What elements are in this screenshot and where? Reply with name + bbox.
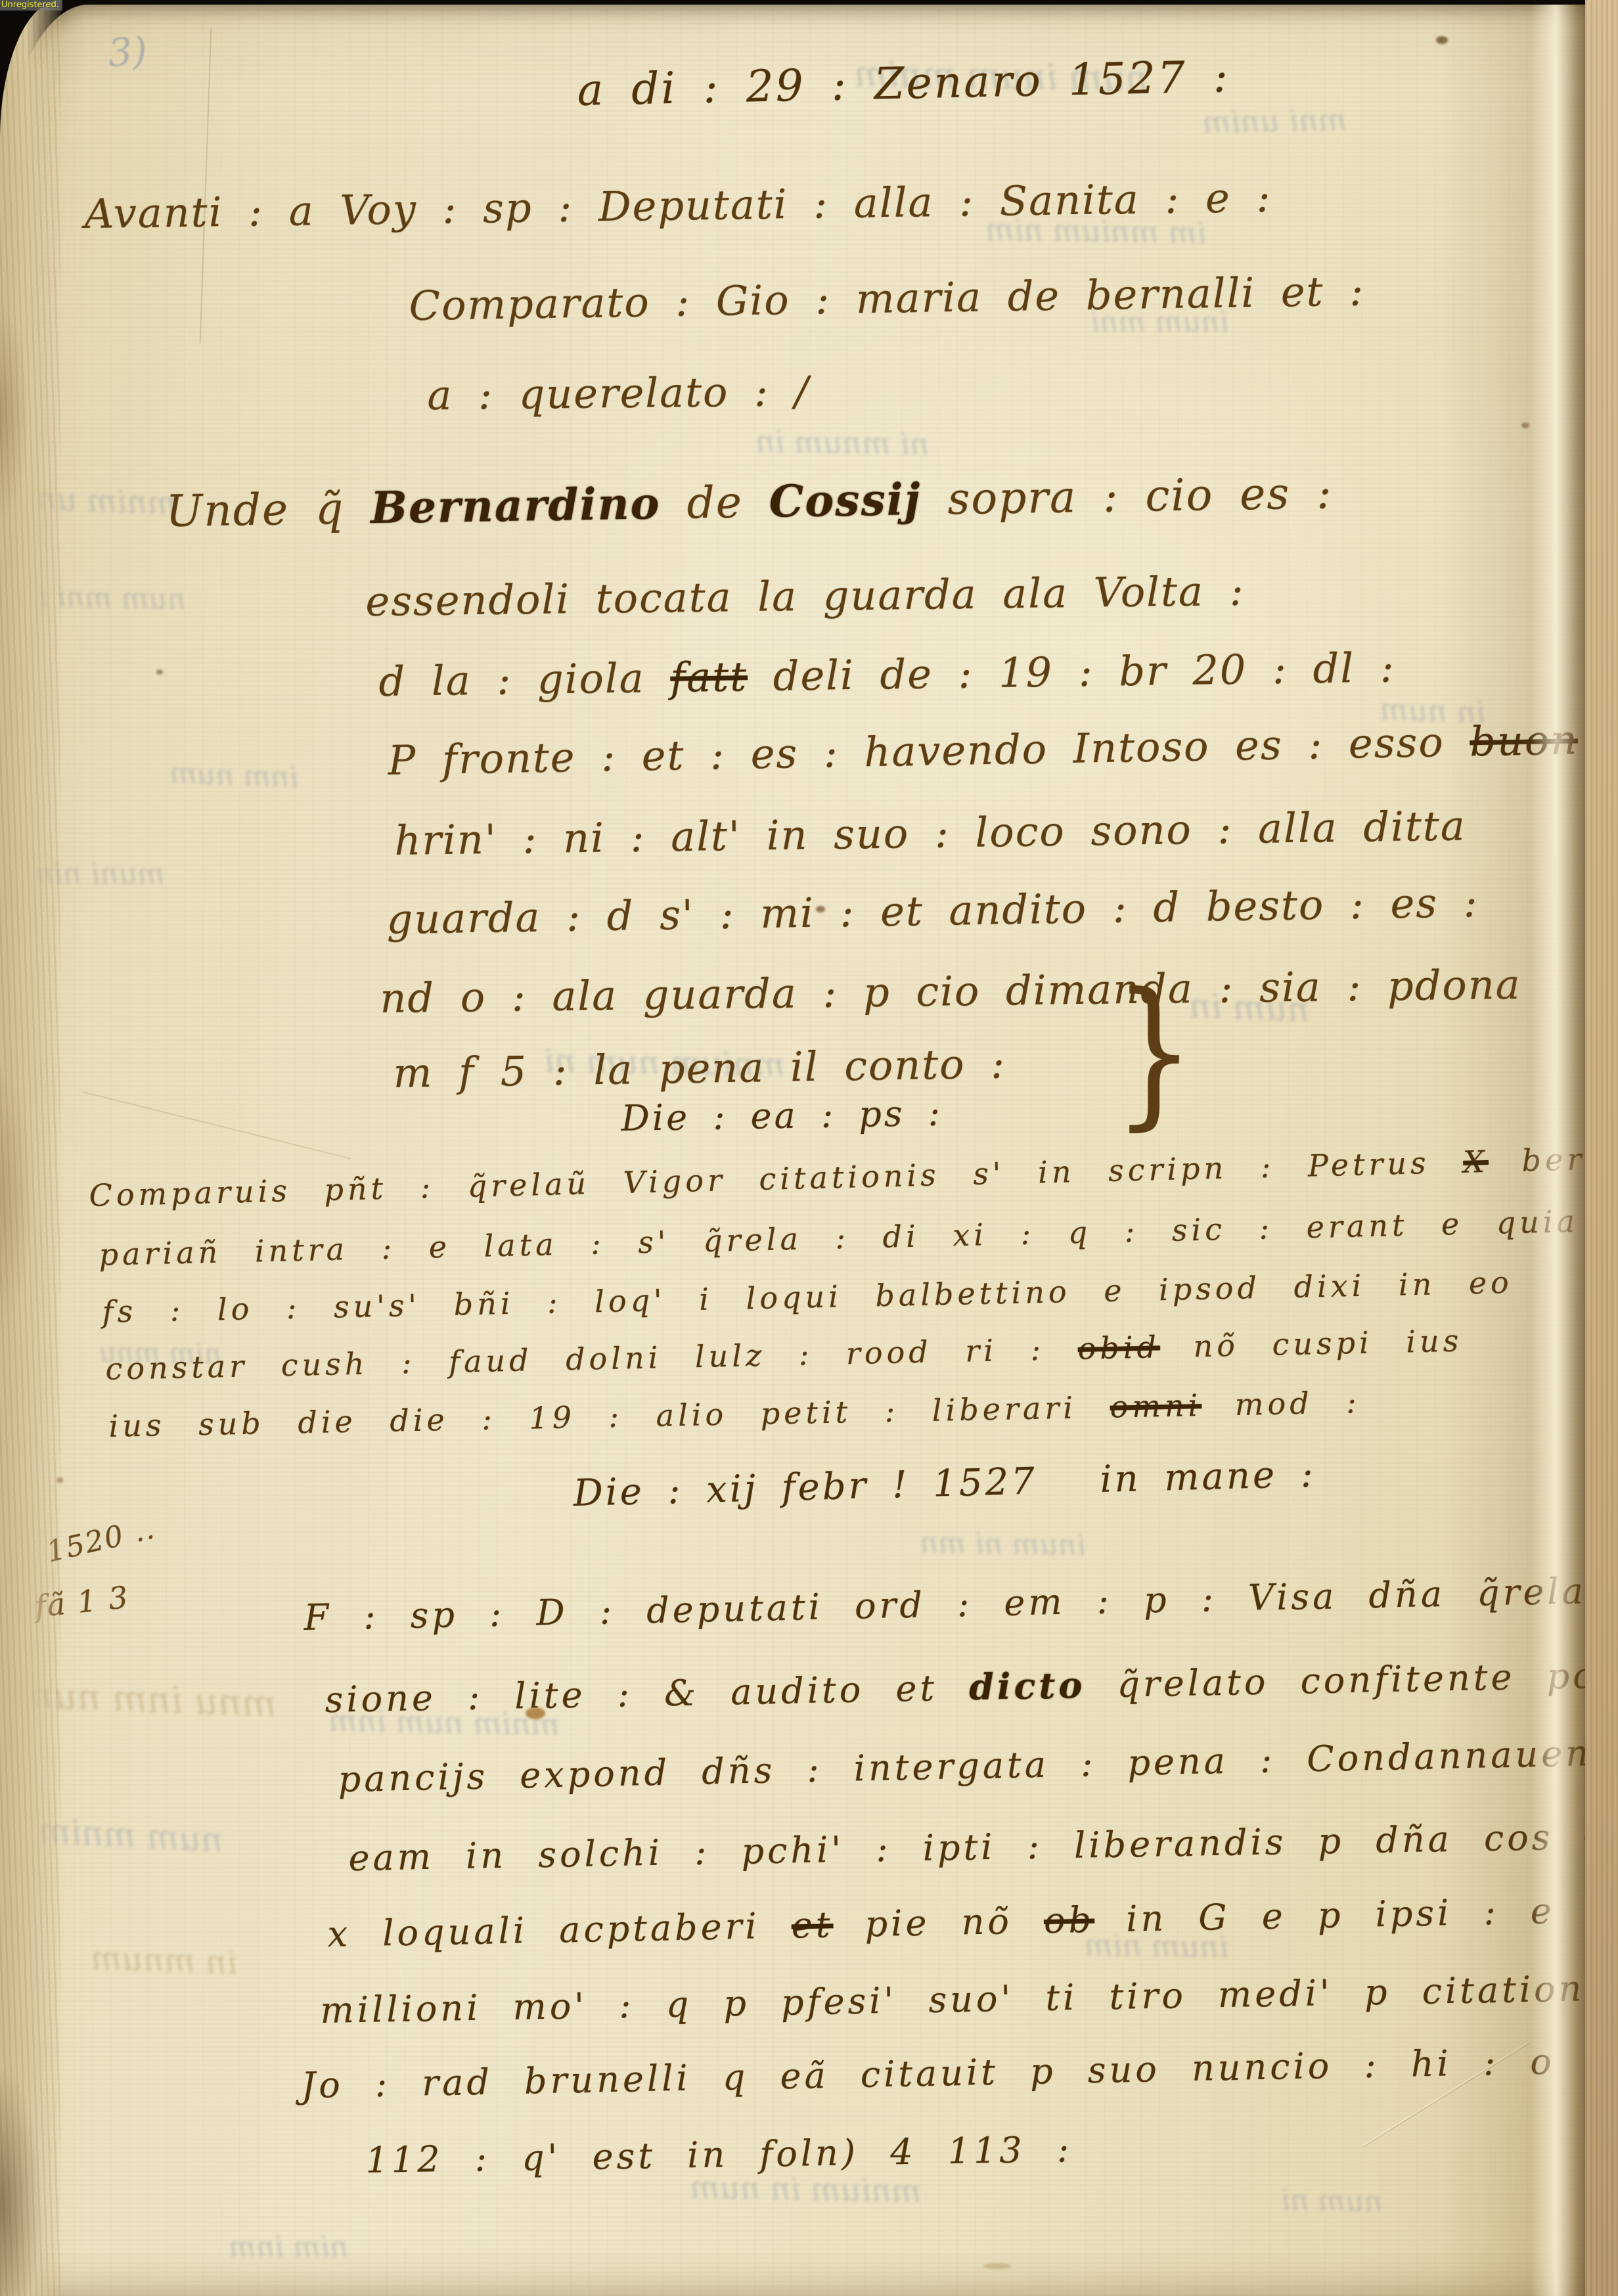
- bleed-through-line: inm num: [169, 757, 299, 795]
- ink-stain: [1436, 36, 1448, 44]
- manuscript-line: d la : giola fatt deli de : 19 : br 20 :…: [378, 643, 1395, 706]
- manuscript-line: nd o : ala guarda : p cio dimanda : sia …: [380, 960, 1521, 1022]
- bleed-through-line: num ni: [1281, 2184, 1383, 2219]
- scan-watermark: Unregistered.: [0, 0, 62, 11]
- second-date-heading: Die : xij febr ! 1527 in mane :: [573, 1452, 1316, 1515]
- manuscript-line: P fronte : et : es : havendo Intoso es :…: [388, 715, 1579, 784]
- bleed-through-line: num mni in: [20, 580, 187, 616]
- manuscript-line: pancijs expond dñs : intergata : pena :…: [338, 1732, 1617, 1800]
- corner-crease: [83, 1091, 351, 1159]
- manuscript-line: a : querelato : /: [427, 367, 810, 419]
- vertical-crease: [200, 28, 212, 344]
- manuscript-line: eam in solchi : pchi' : ipti : liberandi…: [348, 1816, 1609, 1879]
- manuscript-line: millioni mo' : q p pfesi' suo' ti tiro m…: [320, 1968, 1600, 2031]
- manuscript-line: ius sub die die : 19 : alio petit : libe…: [108, 1384, 1360, 1444]
- bleed-through-line: mnim uni: [26, 480, 178, 522]
- pencil-mark: 3): [106, 28, 148, 76]
- manuscript-line: Comparuis pñt : q̃relaũ Vigor citation…: [89, 1138, 1618, 1213]
- margin-note: fã 1 3: [33, 1579, 131, 1625]
- manuscript-page: num inum mnimmni unimim mnium niminum mn…: [0, 5, 1585, 2296]
- manuscript-line: 112 : q' est in foln) 4 113 :: [365, 2128, 1073, 2181]
- bleed-through-line: num mnim: [37, 1812, 224, 1861]
- bleed-through-line: nim inm: [229, 2230, 348, 2264]
- date-heading: a di : 29 : Zenaro 1527 :: [577, 51, 1230, 116]
- bleed-through-line: inum ni mn: [920, 1526, 1087, 1562]
- bleed-through-line: mni unim: [1202, 102, 1347, 140]
- manuscript-line: guarda : d s' : mi : et andito : d besto…: [386, 878, 1479, 943]
- ink-stain: [983, 2263, 1012, 2269]
- manuscript-line: fs : lo : su's' bñi : loq' i loqui balb…: [102, 1265, 1513, 1330]
- section-heading: Die : ea : ps :: [621, 1092, 943, 1139]
- under-page-edge: [1585, 0, 1618, 2296]
- bleed-through-line: ni mnum in: [755, 424, 930, 462]
- closing-brace-mark: }: [1113, 958, 1195, 1145]
- manuscript-line: hrin' : ni : alt' in suo : loco sono : a…: [394, 801, 1466, 865]
- margin-note: 1520 ..: [43, 1512, 158, 1569]
- manuscript-line: x loquali acptaberi et pie nõ ob in G e…: [327, 1888, 1618, 1955]
- bleed-through-line: in mnum: [90, 1939, 238, 1982]
- manuscript-line: Unde q̃ Bernardino de Cossij sopra : cio…: [166, 467, 1333, 537]
- manuscript-line: constar cush : faud dolni lulz : rood ri…: [105, 1323, 1463, 1387]
- manuscript-line: essendoli tocata la guarda ala Volta :: [365, 567, 1245, 625]
- ink-stain: [56, 1477, 63, 1483]
- manuscript-line: m f 5 : la pena il conto :: [393, 1039, 1006, 1097]
- manuscript-scan: { "scan": { "watermark": "Unregistered."…: [0, 0, 1618, 2296]
- manuscript-line: Jo : rad brunelli q eã citauit p suo nu…: [301, 2037, 1618, 2106]
- manuscript-line: Avanti : a Voy : sp : Deputati : alla : …: [84, 173, 1272, 238]
- manuscript-line: pariañ intra : e lata : s' q̃rela : di …: [99, 1204, 1579, 1272]
- manuscript-line: F : sp : D : deputati ord : em : p : Vis…: [303, 1565, 1618, 1638]
- manuscript-line: sione : lite : & audito et dicto q̃relat…: [325, 1654, 1618, 1721]
- ink-stain: [156, 669, 163, 675]
- bleed-through-line: mnu inm num: [18, 1674, 277, 1726]
- bleed-through-line: muni nim: [26, 857, 165, 891]
- manuscript-line: Comparato : Gio : maria de bernalli et :: [409, 267, 1365, 330]
- ink-stain: [1521, 422, 1529, 428]
